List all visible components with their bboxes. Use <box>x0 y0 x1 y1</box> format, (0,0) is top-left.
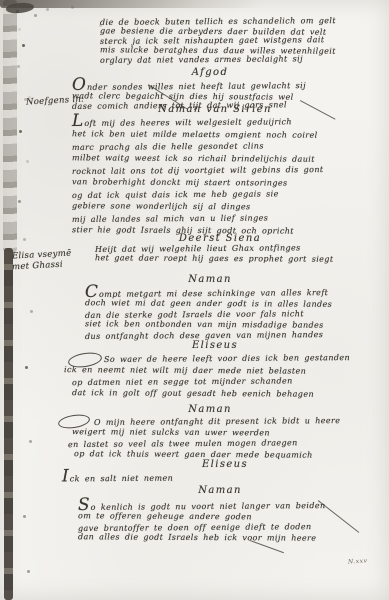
speaker-heading-eliseus-2: Eliseus <box>170 459 280 470</box>
margin-note-2-line2: met Ghassi <box>12 260 63 273</box>
speaker-heading-naman-3: Naman <box>160 404 260 415</box>
manuscript-line: dat ick in golt off gout gesadt heb eeni… <box>72 387 350 400</box>
speech-block-naman-1: Loft mij des heeres wilt welgesielt gedu… <box>72 116 324 237</box>
speech-block-naman-4: So kenlich is godt nu voort niet langer … <box>78 500 326 544</box>
speech-block-naman-2: Compt metgart mi dese schinkinge van all… <box>85 287 332 341</box>
manuscript-line: Onder sondes willes niet heeft laut gewl… <box>72 79 306 92</box>
binding-edge <box>4 248 13 600</box>
binding-edge-upper <box>3 0 17 252</box>
speaker-heading-afgod: Afgod <box>150 67 270 78</box>
speaker-heading-eliseus-1: Eliseus <box>160 340 270 351</box>
speech-block-naman-3: O mijn heere ontfanght dit present ick b… <box>94 416 340 460</box>
speech-block-siena: Heijt dat wij welgehile lieut Ghax ontfi… <box>95 244 333 264</box>
manuscript-line: dan alles die godt Israels heb ick voor … <box>78 532 326 544</box>
manuscript-line: Ick en salt niet nemen <box>62 472 173 485</box>
manuscript-line: het gaet daer roept hij gaes es prophet … <box>95 253 334 264</box>
speaker-heading-naman-2: Naman <box>160 274 260 285</box>
speaker-heading-naman-van-sirien: Naman van Sirien <box>135 104 295 115</box>
manuscript-line: orglary dat niet vandes armes beclaight … <box>100 54 336 65</box>
manuscript-page: die de boeck buten tellich es schandelic… <box>0 0 389 600</box>
folio-mark: N.xxv <box>348 557 368 565</box>
speech-block-eliseus-2: Ick en salt niet nemen <box>62 472 173 484</box>
speaker-heading-naman-4: Naman <box>170 485 270 496</box>
speech-block-eliseus-1: So waer de heere leeft voor dies ick ben… <box>104 353 350 399</box>
torn-top-edge <box>0 0 265 8</box>
manuscript-line: So waer de heere leeft voor dies ick ben… <box>104 352 350 365</box>
speech-block-opening: die de boeck buten tellich es schandelic… <box>100 17 336 65</box>
speaker-heading-deerst-siena: Deerst Siena <box>150 233 290 244</box>
